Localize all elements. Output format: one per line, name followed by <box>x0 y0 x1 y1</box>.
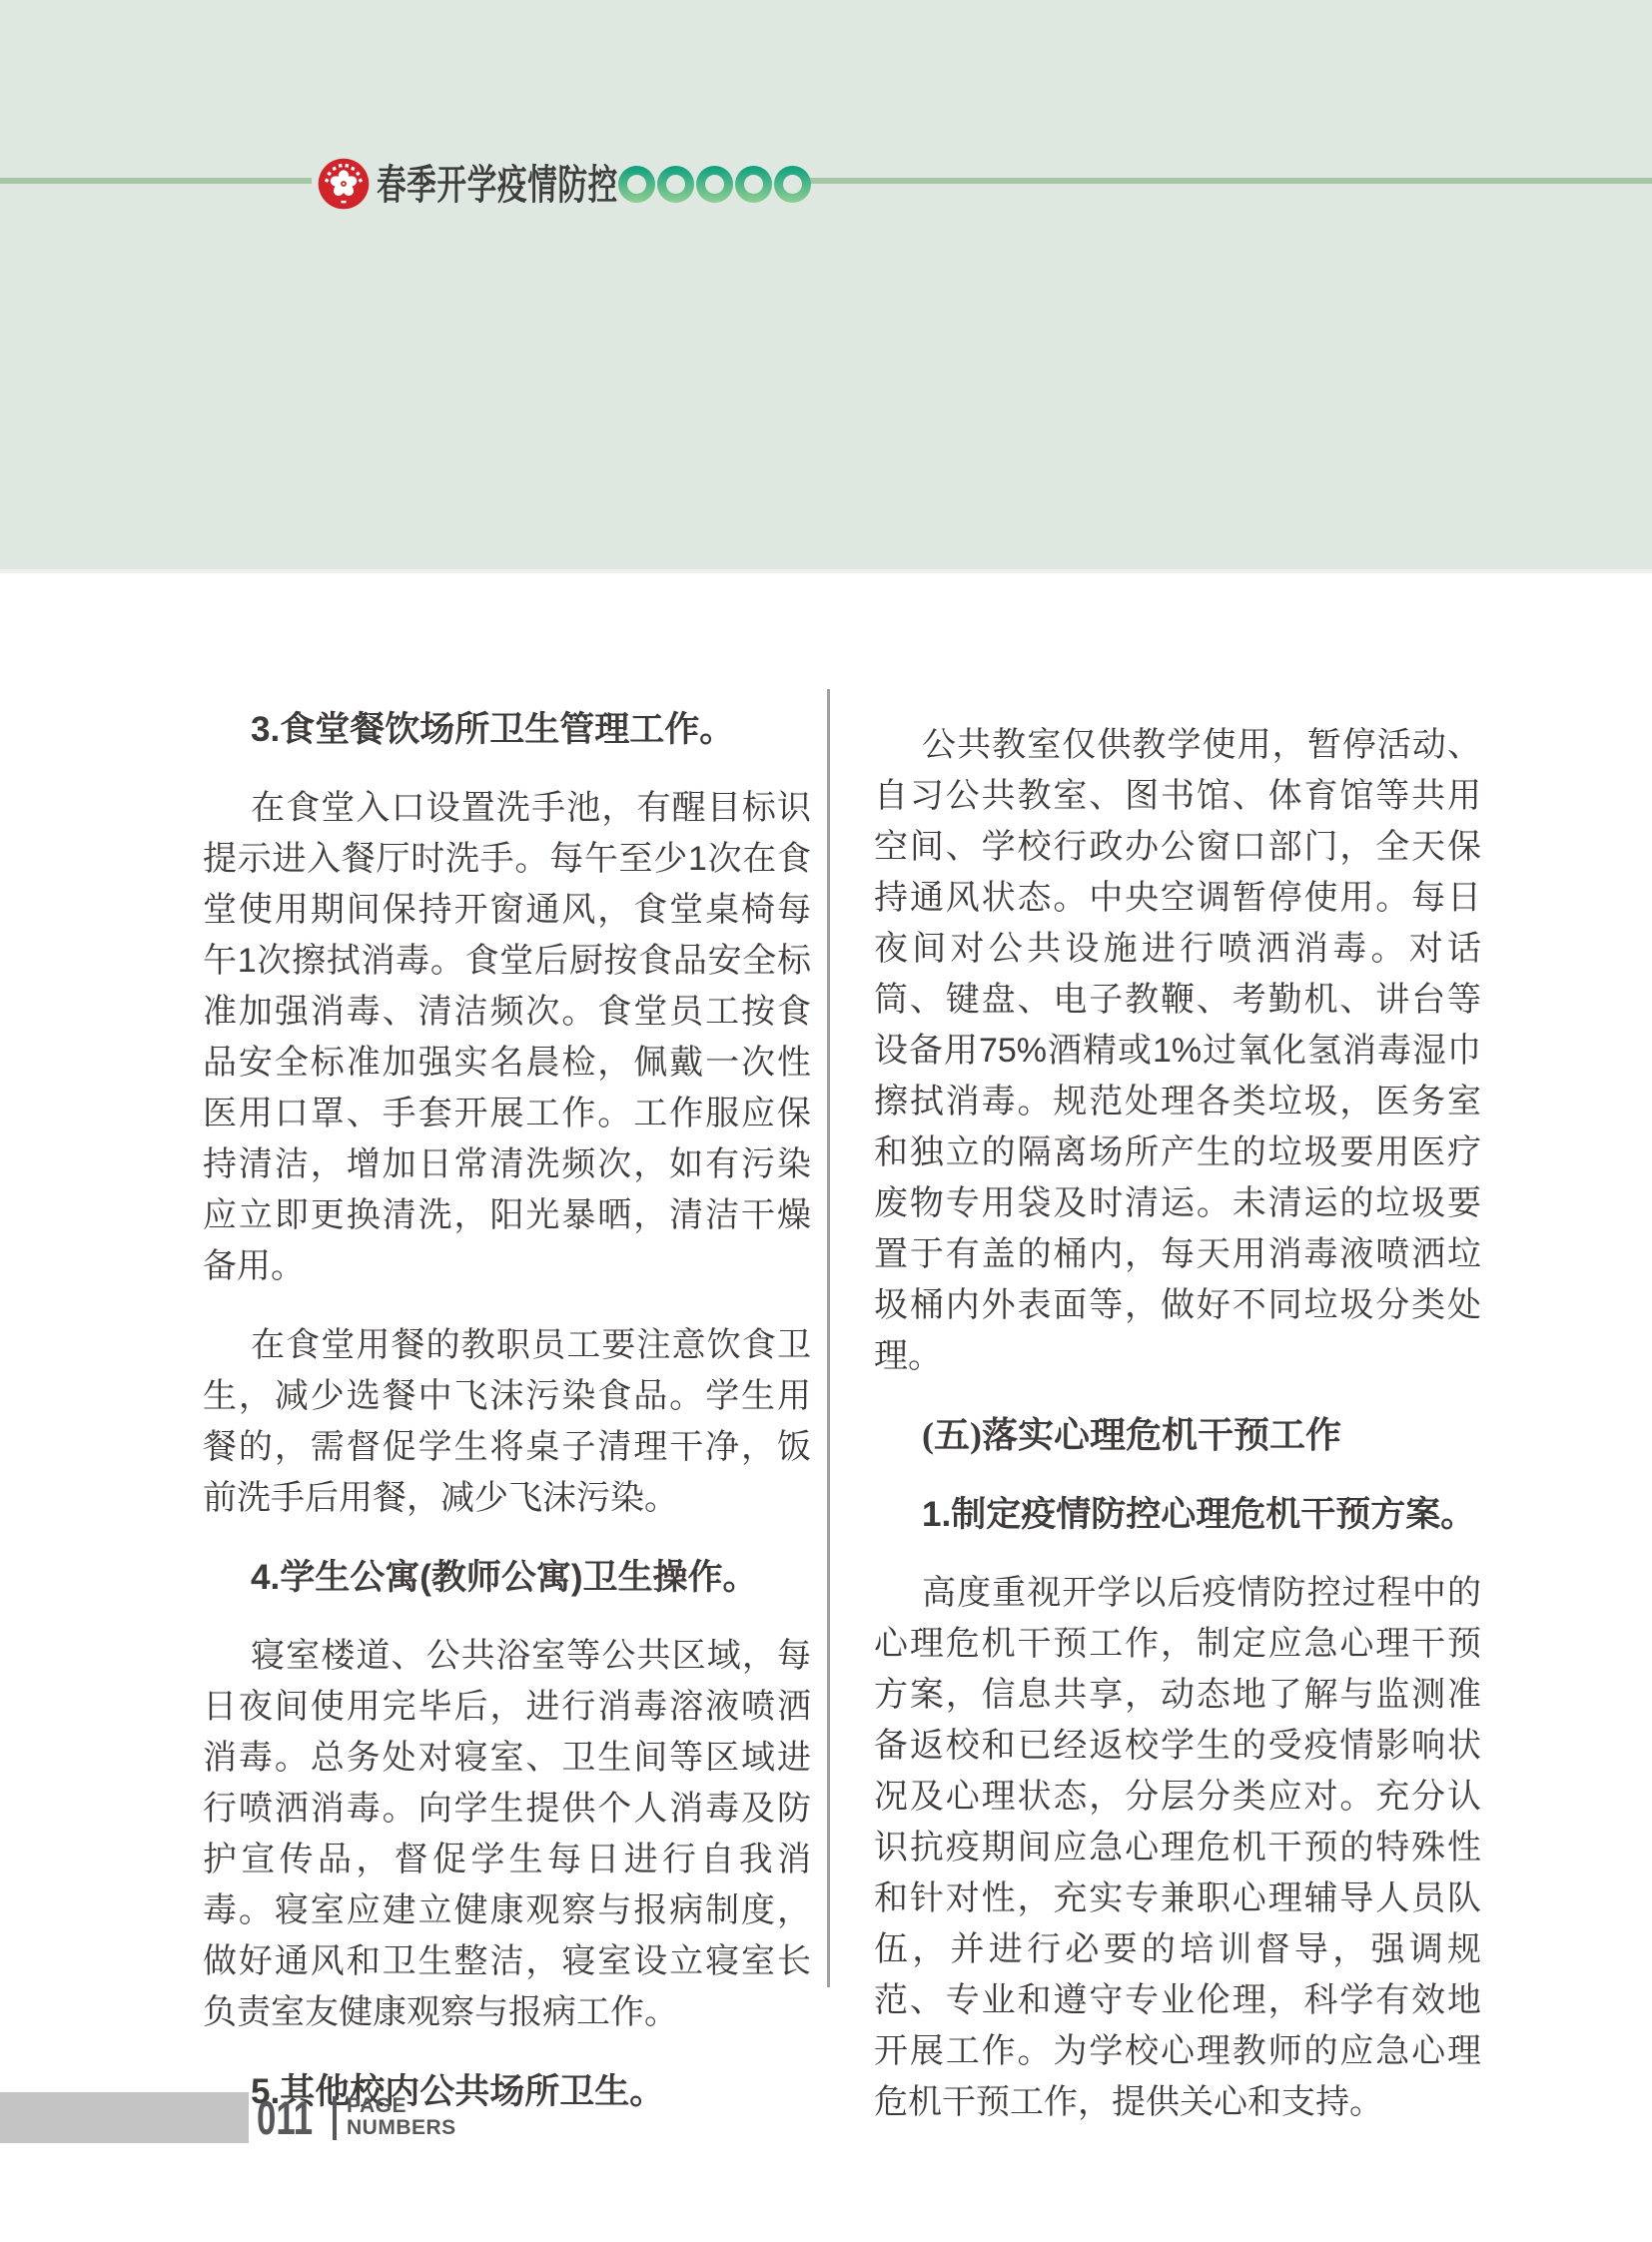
heading-dormitory-hygiene: 4.学生公寓(教师公寓)卫生操作。 <box>203 1552 811 1603</box>
school-seal-icon <box>317 157 371 211</box>
section-heading-psych-crisis: (五)落实心理危机干预工作 <box>874 1410 1481 1461</box>
paragraph-canteen-2: 在食堂用餐的教职员工要注意饮食卫生，减少选餐中飞沫污染食品。学生用餐的，需督促学… <box>203 1320 811 1524</box>
heading-canteen-hygiene: 3.食堂餐饮场所卫生管理工作。 <box>203 704 811 755</box>
paragraph-public-classrooms: 公共教室仅供教学使用，暂停活动、自习公共教室、图书馆、体育馆等共用空间、学校行政… <box>874 720 1481 1382</box>
footer-divider <box>333 2096 337 2140</box>
decorative-circle-icon <box>618 166 655 203</box>
decorative-circle-icon <box>774 166 811 203</box>
header-band-bottom-edge <box>0 569 1652 573</box>
footer-gray-bar <box>0 2092 249 2143</box>
paragraph-psych-plan: 高度重视开学以后疫情防控过程中的心理危机干预工作，制定应急心理干预方案，信息共享… <box>874 1568 1481 2128</box>
heading-psych-plan: 1.制定疫情防控心理危机干预方案。 <box>874 1489 1481 1540</box>
header-rule-left <box>0 178 312 184</box>
column-divider <box>827 689 830 1987</box>
decorative-circle-icon <box>735 166 772 203</box>
paragraph-canteen-1: 在食堂入口设置洗手池，有醒目标识提示进入餐厅时洗手。每午至少1次在食堂使用期间保… <box>203 783 811 1292</box>
decorative-circle-icon <box>657 166 694 203</box>
footer-label: PAGE NUMBERS <box>347 2095 456 2139</box>
footer-label-line1: PAGE <box>347 2095 456 2117</box>
right-text-column: 公共教室仅供教学使用，暂停活动、自习公共教室、图书馆、体育馆等共用空间、学校行政… <box>874 704 1481 2128</box>
page-number: 011 <box>257 2094 313 2142</box>
left-text-column: 3.食堂餐饮场所卫生管理工作。 在食堂入口设置洗手池，有醒目标识提示进入餐厅时洗… <box>203 704 811 2117</box>
decorative-circle-icon <box>696 166 733 203</box>
decorative-circles <box>618 166 811 203</box>
paragraph-dormitory: 寝室楼道、公共浴室等公共区域，每日夜间使用完毕后，进行消毒溶液喷洒消毒。总务处对… <box>203 1631 811 2038</box>
document-page: { "header": { "title": "春季开学疫情防控", "logo… <box>0 0 1652 2242</box>
footer-label-line2: NUMBERS <box>347 2117 456 2139</box>
page-header-title: 春季开学疫情防控 <box>377 162 618 208</box>
header-rule-right <box>804 178 1652 184</box>
header-band <box>0 0 1652 569</box>
